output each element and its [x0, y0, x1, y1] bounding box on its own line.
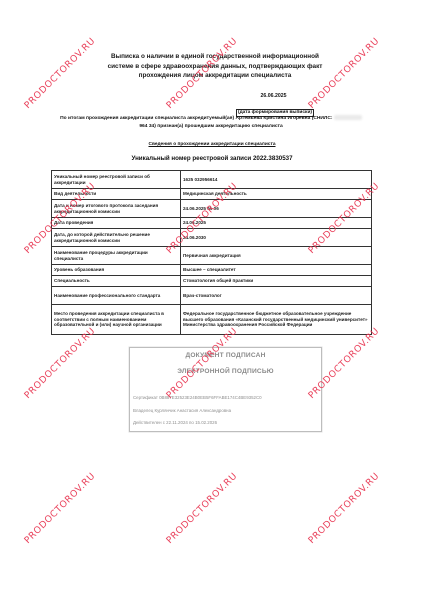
- signature-certificate: Сертификат 0B887E32523E24B0EB5F6FFABE174…: [133, 395, 262, 400]
- signature-validity: Действителен с 22.11.2024 по 15.02.2026: [133, 420, 217, 425]
- row-label: Вид деятельности: [52, 189, 181, 200]
- watermark: PRODOCTOROV.RU: [164, 471, 239, 546]
- row-label: Дата, до которой действительно решение а…: [52, 229, 181, 247]
- registry-number-title: Уникальный номер реестровой записи 2022.…: [0, 155, 424, 162]
- row-label: Уникальный номер реестровой записи об ак…: [52, 171, 181, 189]
- issue-date: 26.06.2025: [236, 93, 311, 100]
- signature-heading-2: ЭЛЕКТРОННОЙ ПОДПИСЬЮ: [130, 368, 321, 375]
- accreditation-table: Уникальный номер реестровой записи об ак…: [51, 170, 372, 335]
- watermark: PRODOCTOROV.RU: [22, 471, 97, 546]
- signature-owner: Владелец Курлянчик Анастасия Александров…: [133, 408, 231, 413]
- intro-text-1: По итогам прохождения аккредитации специ…: [60, 116, 332, 121]
- watermark: PRODOCTOROV.RU: [22, 326, 97, 401]
- row-label: Уровень образования: [52, 265, 181, 276]
- table-row: Наименование профессионального стандарта…: [52, 287, 372, 305]
- row-value: Стоматология общей практики: [181, 276, 372, 287]
- document-page: Выписка о наличии в единой государственн…: [0, 0, 424, 600]
- electronic-signature-stamp: ДОКУМЕНТ ПОДПИСАН ЭЛЕКТРОННОЙ ПОДПИСЬЮ С…: [129, 347, 322, 432]
- watermark: PRODOCTOROV.RU: [22, 36, 97, 111]
- row-value: 24.06.2025: [181, 218, 372, 229]
- row-value: Медицинская деятельность: [181, 189, 372, 200]
- intro-paragraph: По итогам прохождения аккредитации специ…: [46, 115, 376, 130]
- snils-redacted: [334, 115, 362, 120]
- row-value: 24.06.2030: [181, 229, 372, 247]
- table-row: Дата, до которой действительно решение а…: [52, 229, 372, 247]
- row-label: Место проведения аккредитации специалист…: [52, 305, 181, 335]
- row-value: 1625 032956614: [181, 171, 372, 189]
- document-title: Выписка о наличии в единой государственн…: [95, 52, 335, 81]
- section-heading: Сведения о прохождении аккредитации спец…: [0, 142, 424, 147]
- row-label: Наименование профессионального стандарта: [52, 287, 181, 305]
- title-line-3: прохождения лицом аккредитации специалис…: [95, 71, 335, 81]
- table-row: Наименование процедуры аккредитации спец…: [52, 247, 372, 265]
- row-value: Первичная аккредитация: [181, 247, 372, 265]
- title-line-1: Выписка о наличии в единой государственн…: [95, 52, 335, 62]
- table-row: Уникальный номер реестровой записи об ак…: [52, 171, 372, 189]
- table-row: Дата проведения 24.06.2025: [52, 218, 372, 229]
- table-row: Дата и номер итогового протокола заседан…: [52, 200, 372, 218]
- table-row: Уровень образования Высшее – специалитет: [52, 265, 372, 276]
- row-label: Специальность: [52, 276, 181, 287]
- row-label: Наименование процедуры аккредитации спец…: [52, 247, 181, 265]
- row-label: Дата и номер итогового протокола заседан…: [52, 200, 181, 218]
- watermark: PRODOCTOROV.RU: [306, 471, 381, 546]
- intro-text-2: 964 34) признан(а) прошедшим аккредитаци…: [139, 124, 282, 129]
- row-value: 24.06.2025 № 06: [181, 200, 372, 218]
- table-row: Специальность Стоматология общей практик…: [52, 276, 372, 287]
- signature-heading-1: ДОКУМЕНТ ПОДПИСАН: [130, 352, 321, 359]
- table-row: Вид деятельности Медицинская деятельност…: [52, 189, 372, 200]
- row-value: Врач-стоматолог: [181, 287, 372, 305]
- row-value: Федеральное государственное бюджетное об…: [181, 305, 372, 335]
- table-row: Место проведения аккредитации специалист…: [52, 305, 372, 335]
- title-line-2: системе в сфере здравоохранения данных, …: [95, 62, 335, 72]
- row-value: Высшее – специалитет: [181, 265, 372, 276]
- row-label: Дата проведения: [52, 218, 181, 229]
